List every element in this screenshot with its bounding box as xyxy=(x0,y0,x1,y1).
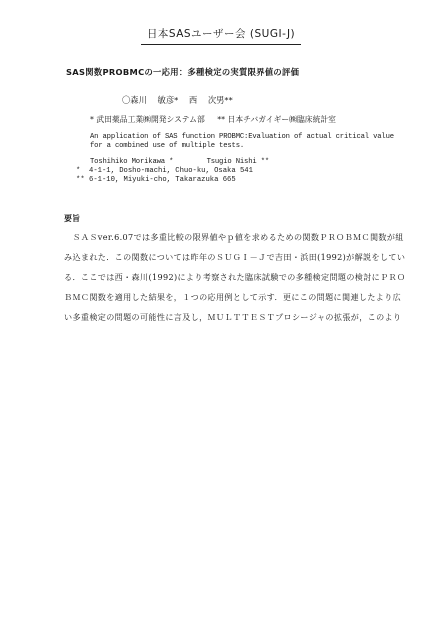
abstract-line: る．ここでは西・森川(1992)により考察された臨床試験での多種検定問題の検討に… xyxy=(64,272,405,283)
authors-japanese: 〇森川 敏彦* 西 次男** xyxy=(122,94,233,106)
abstract-line: ＢＭＣ関数を適用した結果を，１つの応用例として示す．更にこの問題に関連したより広 xyxy=(64,292,401,303)
abstract-heading: 要旨 xyxy=(64,213,80,224)
address-mark: ** xyxy=(76,176,89,185)
affiliations-japanese: * 武田薬品工業㈱開発システム部 ** 日本チバガイギー㈱臨床統計室 xyxy=(90,114,346,125)
english-title: An application of SAS function PROBMC:Ev… xyxy=(90,133,394,151)
address-text: 4-1-1, Dosho-machi, Chuo-ku, Osaka 541 xyxy=(89,167,253,175)
affiliation-2: ** 日本チバガイギー㈱臨床統計室 xyxy=(217,115,336,124)
address-text: 6-1-10, Miyuki-cho, Takarazuka 665 xyxy=(89,176,236,184)
conference-header: 日本SASユーザー会 (SUGI-J) xyxy=(141,26,301,45)
paper-title: SAS関数PROBMCの一応用：多種検定の実質限界値の評価 xyxy=(66,66,299,78)
abstract-line: ＳＡＳver.6.07では多重比較の限界値やｐ値を求めるための関数ＰＲＯＢＭＣ関… xyxy=(64,232,404,243)
english-title-line: for a combined use of multiple tests. xyxy=(90,142,394,151)
abstract-line: い多重検定の問題の可能性に言及し，ＭＵＬＴＴＥＳＴプロシージャの拡張が，このより xyxy=(64,312,401,323)
address-1: *4-1-1, Dosho-machi, Chuo-ku, Osaka 541 xyxy=(76,167,253,176)
address-2: **6-1-10, Miyuki-cho, Takarazuka 665 xyxy=(76,176,236,185)
abstract-line: み込まれた．この関数については昨年のＳＵＧＩ－Ｊで吉田・浜田(1992)が解説を… xyxy=(64,252,405,263)
english-title-line: An application of SAS function PROBMC:Ev… xyxy=(90,133,394,142)
affiliation-1: * 武田薬品工業㈱開発システム部 xyxy=(90,115,205,124)
address-mark: * xyxy=(76,167,89,176)
authors-english: Toshihiko Morikawa * Tsugio Nishi ** xyxy=(90,158,269,167)
